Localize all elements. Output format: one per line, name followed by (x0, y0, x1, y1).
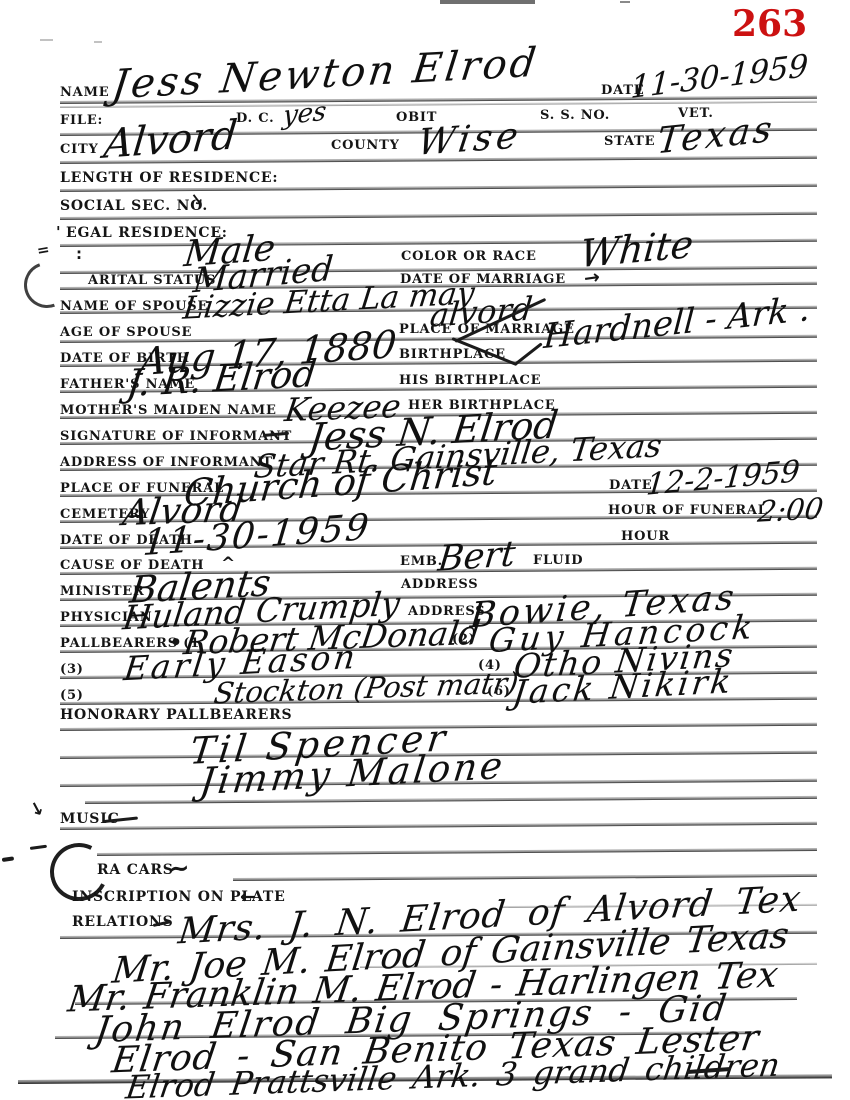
left-arrow-icon: ← (240, 888, 256, 907)
file-label: FILE: (60, 114, 103, 127)
pallbearer-2-number: (2) (452, 633, 476, 646)
pallbearer-3-number: (3) (60, 663, 84, 676)
social-sec-label: SOCIAL SEC. NO. (60, 199, 208, 213)
equals-mark: = (36, 242, 51, 259)
pallbearer-6-value: Jack Nikirk (511, 664, 735, 709)
down-arrow-icon: ↓ (27, 799, 49, 822)
dc-label: D. C. (236, 112, 275, 125)
place-of-marriage-value: Hardnell - Ark . (543, 292, 812, 354)
his-birthplace-label: HIS BIRTHPLACE (399, 374, 541, 387)
funeral-hour-value: 2:00 (756, 494, 825, 527)
funeral-record-scan: 263 NAME Jess Newton Elrod DATE 11-30-19… (0, 0, 850, 1100)
dc-value: yes (282, 99, 328, 130)
scan-artifact (94, 41, 102, 43)
ruled-line (85, 796, 817, 804)
city-label: CITY (60, 143, 99, 156)
emb-value: Bert (436, 537, 517, 578)
fluid-label: FLUID (533, 554, 583, 567)
pen-dash (30, 845, 47, 850)
honorary-pallbearers-label: HONORARY PALLBEARERS (60, 708, 292, 722)
extra-cars-label: RA CARS (97, 863, 174, 877)
squiggle-dash-icon: ∼ (167, 855, 191, 883)
county-label: COUNTY (331, 139, 400, 152)
pallbearer-6-number: (6) (487, 685, 511, 698)
city-value: Alvord (102, 115, 239, 165)
scan-artifact (40, 39, 53, 41)
scan-artifact (620, 1, 630, 3)
county-value: Wise (416, 118, 525, 162)
color-or-race-label: COLOR OR RACE (401, 250, 537, 263)
ruled-line (60, 822, 817, 830)
minister-address-label: ADDRESS (401, 578, 478, 591)
length-of-residence-label: LENGTH OF RESIDENCE: (60, 171, 278, 185)
signature-of-informant-label: SIGNATURE OF INFORMANT (60, 430, 292, 443)
mothers-maiden-name-label: MOTHER'S MAIDEN NAME (60, 404, 277, 417)
colon-mark: : (76, 247, 82, 262)
pen-dash (2, 856, 14, 862)
name-label: NAME (60, 86, 109, 99)
state-label: STATE (604, 135, 655, 148)
hour-of-funeral-label: HOUR OF FUNERAL (608, 504, 768, 517)
ruled-line (233, 874, 817, 881)
state-value: Texas (655, 112, 776, 161)
scan-artifact (440, 0, 535, 4)
ssn-col-label: S. S. NO. (540, 109, 610, 122)
pallbearer-5-value: Stockton (Post matr) (212, 669, 520, 709)
ruled-line (97, 848, 817, 856)
down-right-arrow-icon: ↘ (189, 191, 205, 209)
apostrophe-mark: ' (56, 225, 61, 240)
page-number: 263 (732, 6, 807, 42)
hour-label: HOUR (621, 530, 670, 543)
right-arrow-icon: → (583, 268, 601, 289)
pallbearer-5-number: (5) (60, 689, 84, 702)
